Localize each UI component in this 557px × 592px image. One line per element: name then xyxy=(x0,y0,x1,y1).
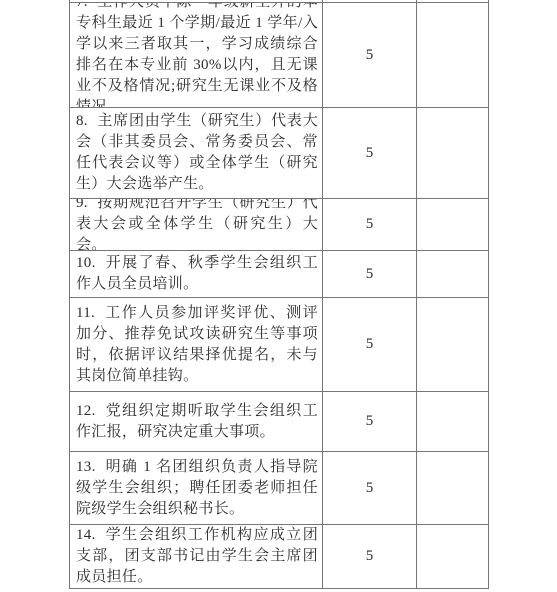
criteria-paragraph: 10.开展了春、秋季学生会组织工作人员全员培训。 xyxy=(76,253,318,295)
score-cell-7: 5 xyxy=(323,3,417,108)
criteria-paragraph: 13.明确 1 名团组织负责人指导院级学生会组织；聘任团委老师担任院级学生会组织… xyxy=(76,457,318,520)
score-cell-13: 5 xyxy=(323,452,417,525)
item-text: 按期规范召开学生（研究生）代表大会或全体学生（研究生）大会。 xyxy=(76,199,318,251)
criteria-paragraph: 12.党组织定期听取学生会组织工作汇报，研究决定重大事项。 xyxy=(76,401,318,443)
criteria-cell-14: 14.学生会组织工作机构应成立团支部，团支部书记由学生会主席团成员担任。 xyxy=(70,525,323,589)
blank-cell-13 xyxy=(417,452,489,525)
score-cell-11: 5 xyxy=(323,298,417,392)
criteria-cell-7: 7.工作人员中除一年级新生外的本专科生最近 1 个学期/最近 1 学年/入学以来… xyxy=(70,3,323,108)
blank-cell-10 xyxy=(417,251,489,298)
item-text: 党组织定期听取学生会组织工作汇报，研究决定重大事项。 xyxy=(76,403,318,440)
item-number: 9. xyxy=(76,199,88,211)
blank-cell-7 xyxy=(417,3,489,108)
score-value: 5 xyxy=(366,548,374,565)
criteria-paragraph: 14.学生会组织工作机构应成立团支部，团支部书记由学生会主席团成员担任。 xyxy=(76,525,318,588)
score-cell-10: 5 xyxy=(323,251,417,298)
criteria-paragraph: 7.工作人员中除一年级新生外的本专科生最近 1 个学期/最近 1 学年/入学以来… xyxy=(76,3,318,108)
blank-cell-8 xyxy=(417,108,489,199)
blank-cell-9 xyxy=(417,199,489,251)
score-value: 5 xyxy=(366,216,374,233)
score-cell-8: 5 xyxy=(323,108,417,199)
item-text: 主席团由学生（研究生）代表大会（非其委员会、常务委员会、常任代表会议等）或全体学… xyxy=(76,113,318,192)
criteria-paragraph: 11.工作人员参加评奖评优、测评加分、推荐免试攻读研究生等事项时，依据评议结果择… xyxy=(76,303,318,387)
criteria-paragraph: 9.按期规范召开学生（研究生）代表大会或全体学生（研究生）大会。 xyxy=(76,199,318,251)
item-number: 10. xyxy=(76,255,96,271)
item-number: 12. xyxy=(76,403,96,419)
score-cell-14: 5 xyxy=(323,525,417,589)
item-number: 14. xyxy=(76,527,96,543)
item-text: 明确 1 名团组织负责人指导院级学生会组织；聘任团委老师担任院级学生会组织秘书长… xyxy=(76,459,318,517)
criteria-cell-9: 9.按期规范召开学生（研究生）代表大会或全体学生（研究生）大会。 xyxy=(70,199,323,251)
criteria-paragraph: 8.主席团由学生（研究生）代表大会（非其委员会、常务委员会、常任代表会议等）或全… xyxy=(76,111,318,195)
evaluation-table: 7.工作人员中除一年级新生外的本专科生最近 1 个学期/最近 1 学年/入学以来… xyxy=(69,0,488,589)
score-cell-12: 5 xyxy=(323,392,417,452)
score-value: 5 xyxy=(366,480,374,497)
document-page: 7.工作人员中除一年级新生外的本专科生最近 1 个学期/最近 1 学年/入学以来… xyxy=(0,0,557,592)
score-value: 5 xyxy=(366,47,374,64)
item-number: 8. xyxy=(76,113,88,129)
item-text: 工作人员参加评奖评优、测评加分、推荐免试攻读研究生等事项时，依据评议结果择优提名… xyxy=(76,305,318,384)
item-number: 13. xyxy=(76,459,96,475)
item-number: 11. xyxy=(76,305,95,321)
criteria-cell-8: 8.主席团由学生（研究生）代表大会（非其委员会、常务委员会、常任代表会议等）或全… xyxy=(70,108,323,199)
item-text: 工作人员中除一年级新生外的本专科生最近 1 个学期/最近 1 学年/入学以来三者… xyxy=(76,3,318,108)
criteria-cell-10: 10.开展了春、秋季学生会组织工作人员全员培训。 xyxy=(70,251,323,298)
item-text: 开展了春、秋季学生会组织工作人员全员培训。 xyxy=(76,255,318,292)
item-number: 7. xyxy=(76,3,88,10)
criteria-cell-13: 13.明确 1 名团组织负责人指导院级学生会组织；聘任团委老师担任院级学生会组织… xyxy=(70,452,323,525)
blank-cell-12 xyxy=(417,392,489,452)
score-value: 5 xyxy=(366,413,374,430)
criteria-cell-12: 12.党组织定期听取学生会组织工作汇报，研究决定重大事项。 xyxy=(70,392,323,452)
score-cell-9: 5 xyxy=(323,199,417,251)
score-value: 5 xyxy=(366,145,374,162)
blank-cell-11 xyxy=(417,298,489,392)
item-text: 学生会组织工作机构应成立团支部，团支部书记由学生会主席团成员担任。 xyxy=(76,527,318,585)
criteria-cell-11: 11.工作人员参加评奖评优、测评加分、推荐免试攻读研究生等事项时，依据评议结果择… xyxy=(70,298,323,392)
score-value: 5 xyxy=(366,336,374,353)
blank-cell-14 xyxy=(417,525,489,589)
score-value: 5 xyxy=(366,266,374,283)
